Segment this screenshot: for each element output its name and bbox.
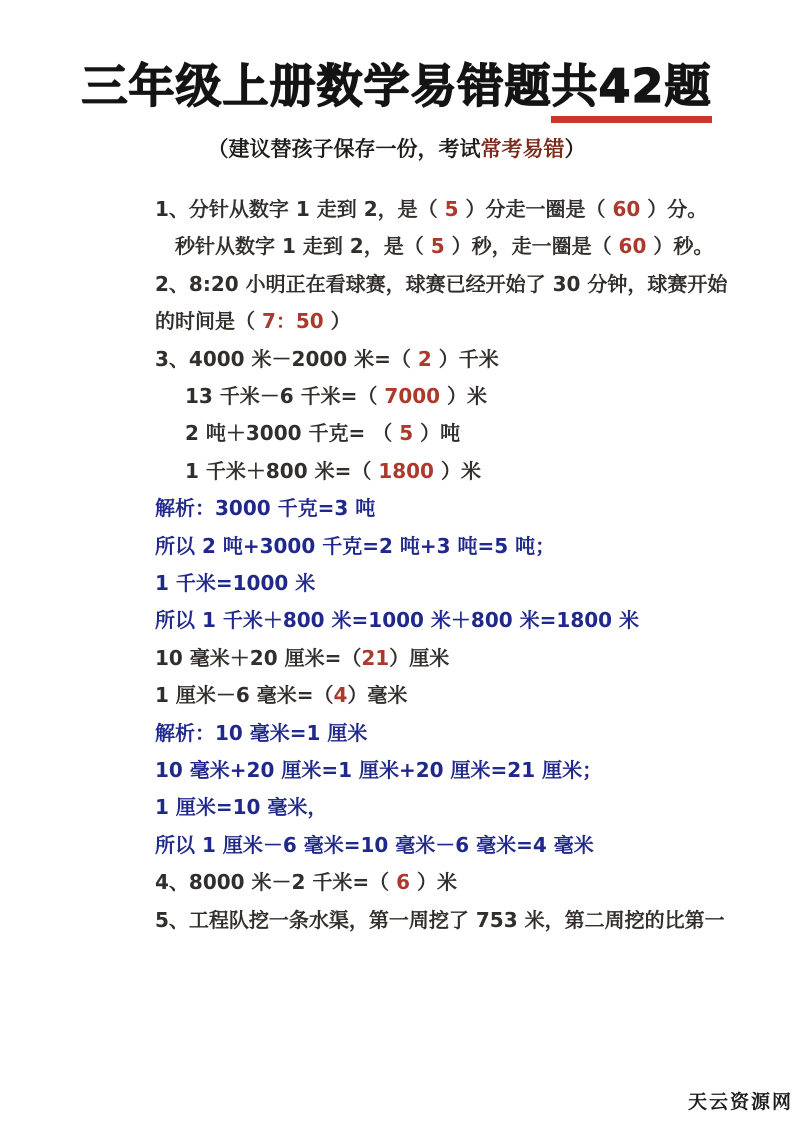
content-line: 5、工程队挖一条水渠，第一周挖了 753 米，第二周挖的比第一 xyxy=(155,902,703,939)
text-segment: ）分。 xyxy=(640,197,707,221)
text-segment: 3、4000 米－2000 米=（ xyxy=(155,347,418,371)
content-line: 4、8000 米－2 千米=（ 6 ）米 xyxy=(155,864,703,901)
text-segment: 解析：10 毫米=1 厘米 xyxy=(155,721,367,745)
subtitle-highlight: 常考易错 xyxy=(481,137,565,161)
text-segment: 5 xyxy=(399,421,413,445)
text-segment: 7：50 xyxy=(262,309,324,333)
text-segment: 解析：3000 千克=3 吨 xyxy=(155,496,375,520)
text-segment: ）厘米 xyxy=(389,646,449,670)
text-segment: 5 xyxy=(431,234,445,258)
subtitle-prefix: （建议替孩子保存一份，考试 xyxy=(208,137,481,161)
text-segment: 21 xyxy=(361,646,389,670)
page-title: 三年级上册数学易错题共42题 xyxy=(0,60,793,123)
content-line: 10 毫米＋20 厘米=（21）厘米 xyxy=(155,640,703,677)
text-segment: 4、8000 米－2 千米=（ xyxy=(155,870,396,894)
content-line: 10 毫米+20 厘米=1 厘米+20 厘米=21 厘米； xyxy=(155,752,703,789)
text-segment: ）毫米 xyxy=(347,683,407,707)
content-line: 所以 1 千米＋800 米=1000 米＋800 米=1800 米 xyxy=(155,602,703,639)
content-line: 1 千米＋800 米=（ 1800 ）米 xyxy=(155,453,703,490)
text-segment: ） xyxy=(324,309,351,333)
text-segment: 1 厘米=10 毫米， xyxy=(155,795,327,819)
text-segment: 1 厘米－6 毫米=（ xyxy=(155,683,334,707)
text-segment: 2、8:20 小明正在看球赛，球赛已经开始了 30 分钟，球赛开始 xyxy=(155,272,727,296)
text-segment: ）米 xyxy=(440,384,487,408)
text-segment: 6 xyxy=(396,870,410,894)
text-segment: 的时间是（ xyxy=(155,309,262,333)
text-segment: 所以 1 厘米－6 毫米=10 毫米－6 毫米=4 毫米 xyxy=(155,833,594,857)
content-line: 解析：3000 千克=3 吨 xyxy=(155,490,703,527)
text-segment: 5、工程队挖一条水渠，第一周挖了 753 米，第二周挖的比第一 xyxy=(155,908,725,932)
text-segment: 4 xyxy=(334,683,348,707)
content-line: 3、4000 米－2000 米=（ 2 ）千米 xyxy=(155,341,703,378)
text-segment: ）秒。 xyxy=(646,234,713,258)
text-segment: ）米 xyxy=(410,870,457,894)
content-line: 1 厘米－6 毫米=（4）毫米 xyxy=(155,677,703,714)
text-segment: 秒针从数字 1 走到 2，是（ xyxy=(175,234,431,258)
content-line: 1 千米=1000 米 xyxy=(155,565,703,602)
content-line: 1 厘米=10 毫米， xyxy=(155,789,703,826)
worksheet-page: 三年级上册数学易错题共42题 （建议替孩子保存一份，考试常考易错） 1、分针从数… xyxy=(0,0,793,1122)
content-line: 1、分针从数字 1 走到 2，是（ 5 ）分走一圈是（ 60 ）分。 xyxy=(155,191,703,228)
text-segment: ）吨 xyxy=(413,421,460,445)
text-segment: ）米 xyxy=(434,459,481,483)
text-segment: 2 xyxy=(418,347,432,371)
text-segment: 7000 xyxy=(384,384,440,408)
text-segment: 1、分针从数字 1 走到 2，是（ xyxy=(155,197,445,221)
content-line: 所以 1 厘米－6 毫米=10 毫米－6 毫米=4 毫米 xyxy=(155,827,703,864)
text-segment: 1800 xyxy=(378,459,434,483)
text-segment: 1 千米=1000 米 xyxy=(155,571,315,595)
subtitle-suffix: ） xyxy=(565,137,586,161)
title-underlined-text: 共42题 xyxy=(551,60,711,123)
content-line: 13 千米－6 千米=（ 7000 ）米 xyxy=(155,378,703,415)
text-segment: 所以 1 千米＋800 米=1000 米＋800 米=1800 米 xyxy=(155,608,639,632)
text-segment: ）千米 xyxy=(432,347,499,371)
text-segment: 2 吨＋3000 千克= （ xyxy=(185,421,399,445)
text-segment: 13 千米－6 千米=（ xyxy=(185,384,384,408)
content-line: 解析：10 毫米=1 厘米 xyxy=(155,715,703,752)
content-line: 的时间是（ 7：50 ） xyxy=(155,303,703,340)
content-line: 2、8:20 小明正在看球赛，球赛已经开始了 30 分钟，球赛开始 xyxy=(155,266,703,303)
text-segment: 所以 2 吨+3000 千克=2 吨+3 吨=5 吨； xyxy=(155,534,555,558)
text-segment: 60 xyxy=(612,197,640,221)
text-segment: 10 毫米+20 厘米=1 厘米+20 厘米=21 厘米； xyxy=(155,758,602,782)
text-segment: ）秒，走一圈是（ xyxy=(445,234,619,258)
watermark: 天云资源网 xyxy=(688,1087,793,1114)
content-lines: 1、分针从数字 1 走到 2，是（ 5 ）分走一圈是（ 60 ）分。秒针从数字 … xyxy=(155,191,703,939)
content-line: 秒针从数字 1 走到 2，是（ 5 ）秒，走一圈是（ 60 ）秒。 xyxy=(155,228,703,265)
text-segment: 60 xyxy=(619,234,647,258)
content-line: 2 吨＋3000 千克= （ 5 ）吨 xyxy=(155,415,703,452)
text-segment: ）分走一圈是（ xyxy=(459,197,613,221)
text-segment: 10 毫米＋20 厘米=（ xyxy=(155,646,361,670)
text-segment: 1 千米＋800 米=（ xyxy=(185,459,378,483)
title-main-text: 三年级上册数学易错题 xyxy=(81,59,551,113)
content-line: 所以 2 吨+3000 千克=2 吨+3 吨=5 吨； xyxy=(155,528,703,565)
text-segment: 5 xyxy=(445,197,459,221)
page-subtitle: （建议替孩子保存一份，考试常考易错） xyxy=(0,133,793,163)
